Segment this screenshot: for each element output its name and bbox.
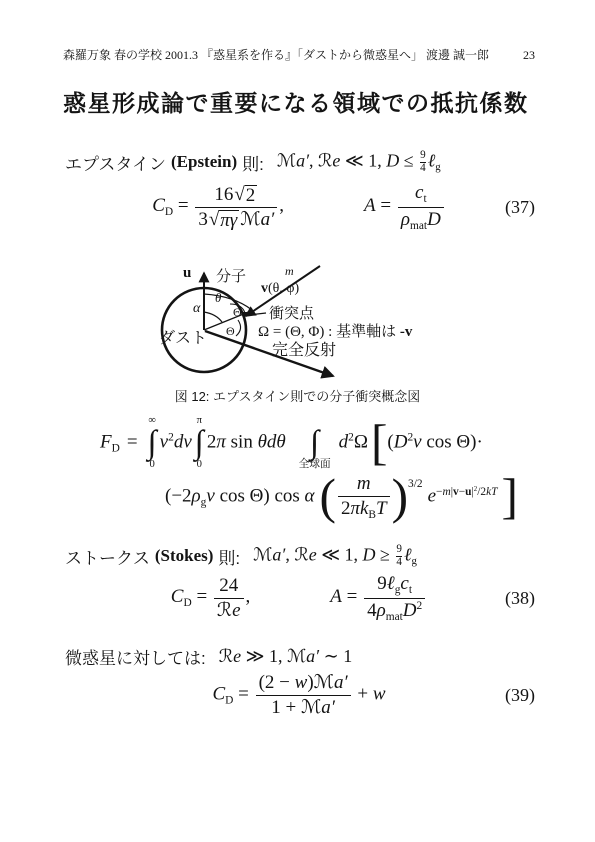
equation-fd-line2: (−2ρgv cos Θ) cos α(m2πkBT)3/2e−m|v−u|2/… xyxy=(63,470,595,524)
reflection-label: 完全反射 xyxy=(272,343,336,359)
solid-angle-axis: -v xyxy=(400,324,413,340)
equation-38-tag: (38) xyxy=(505,587,535,610)
equation-37-body: CD = 16√23√πγℳa′,A = ctρmatD xyxy=(152,181,446,232)
stokes-heading-rule: 則: xyxy=(218,544,240,569)
stokes-heading-en: (Stokes) xyxy=(155,546,214,566)
planetesimal-heading: 微惑星に対しては: ℛe ≫ 1, ℳa′ ∼ 1 xyxy=(65,642,537,670)
equation-fd-line1: FD=∞∫0v2dvπ∫02π sin θdθ ∫全球面d2Ω[(D2v cos… xyxy=(63,414,572,472)
page-header: 森羅万象 春の学校 2001.3 『惑星系を作る』「ダストから微惑星へ」 渡邊 … xyxy=(63,48,535,62)
solid-angle-math: Ω = (Θ, Φ) : xyxy=(258,324,332,340)
epstein-heading-jp: エプスタイン xyxy=(65,150,166,175)
equation-39-tag: (39) xyxy=(505,684,535,707)
planetesimal-lead: 微惑星に対しては: xyxy=(65,644,206,669)
document-page: 森羅万象 春の学校 2001.3 『惑星系を作る』「ダストから微惑星へ」 渡邊 … xyxy=(0,0,595,842)
equation-38: CD = 24ℛe,A = 9ℓgct4ρmatD2 (38) xyxy=(63,570,535,626)
u-label: u xyxy=(183,266,191,281)
header-text: 森羅万象 春の学校 2001.3 『惑星系を作る』「ダストから微惑星へ」 渡邊 … xyxy=(63,48,489,62)
equation-39: CD = (2 − w)ℳa′1 + ℳa′ + w (39) xyxy=(63,668,535,722)
equation-37-tag: (37) xyxy=(505,196,535,219)
page-title: 惑星形成論で重要になる領域での抵抗係数 xyxy=(63,85,537,118)
lower-theta-arc xyxy=(236,320,241,336)
figure-caption: 図 12: エプスタイン則での分子衝突概念図 xyxy=(0,386,595,405)
velocity-v: v xyxy=(261,281,268,296)
equation-38-body: CD = 24ℛe,A = 9ℓgct4ρmatD2 xyxy=(171,572,427,623)
collision-point-label: 衝突点 xyxy=(269,306,314,321)
molecule-label: 分子 xyxy=(216,269,246,284)
alpha-angle-arc xyxy=(204,312,222,322)
epstein-heading: エプスタイン (Epstein) 則: ℳa′, ℛe ≪ 1, D ≤ 94ℓ… xyxy=(65,146,537,178)
solid-angle-jp: 基準軸は xyxy=(336,323,396,340)
page-number: 23 xyxy=(523,48,535,62)
equation-fd-line2-body: (−2ρgv cos Θ) cos α(m2πkBT)3/2e−m|v−u|2/… xyxy=(165,472,518,522)
equation-39-body: CD = (2 − w)ℳa′1 + ℳa′ + w xyxy=(212,671,385,720)
stokes-condition: ℳa′, ℛe ≪ 1, D ≥ 94ℓg xyxy=(253,544,417,568)
solid-angle-label: Ω = (Θ, Φ) : 基準軸は -v xyxy=(258,324,412,340)
figure-12: u 分子 m v(θ, φ) θ α Θ Θ 衝突点 Ω = (Θ, Φ) : … xyxy=(150,260,490,388)
planetesimal-condition: ℛe ≫ 1, ℳa′ ∼ 1 xyxy=(219,646,352,667)
big-theta-upper-label: Θ xyxy=(233,306,242,318)
stokes-heading: ストークス (Stokes) 則: ℳa′, ℛe ≪ 1, D ≥ 94ℓg xyxy=(65,540,537,572)
molecule-mass-label: m xyxy=(285,265,294,277)
equation-fd-line1-body: FD=∞∫0v2dvπ∫02π sin θdθ ∫全球面d2Ω[(D2v cos… xyxy=(100,415,483,471)
theta-label: θ xyxy=(215,291,221,304)
epstein-heading-en: (Epstein) xyxy=(171,152,237,172)
dust-label: ダスト xyxy=(159,331,207,347)
epstein-heading-rule: 則: xyxy=(242,150,264,175)
epstein-condition: ℳa′, ℛe ≪ 1, D ≤ 94ℓg xyxy=(277,150,441,174)
equation-37: CD = 16√23√πγℳa′,A = ctρmatD (37) xyxy=(63,178,535,236)
big-theta-lower-label: Θ xyxy=(226,325,235,337)
velocity-args: (θ, φ) xyxy=(268,281,299,296)
stokes-heading-jp: ストークス xyxy=(65,544,150,569)
alpha-label: α xyxy=(193,302,200,316)
velocity-label: v(θ, φ) xyxy=(261,282,299,296)
